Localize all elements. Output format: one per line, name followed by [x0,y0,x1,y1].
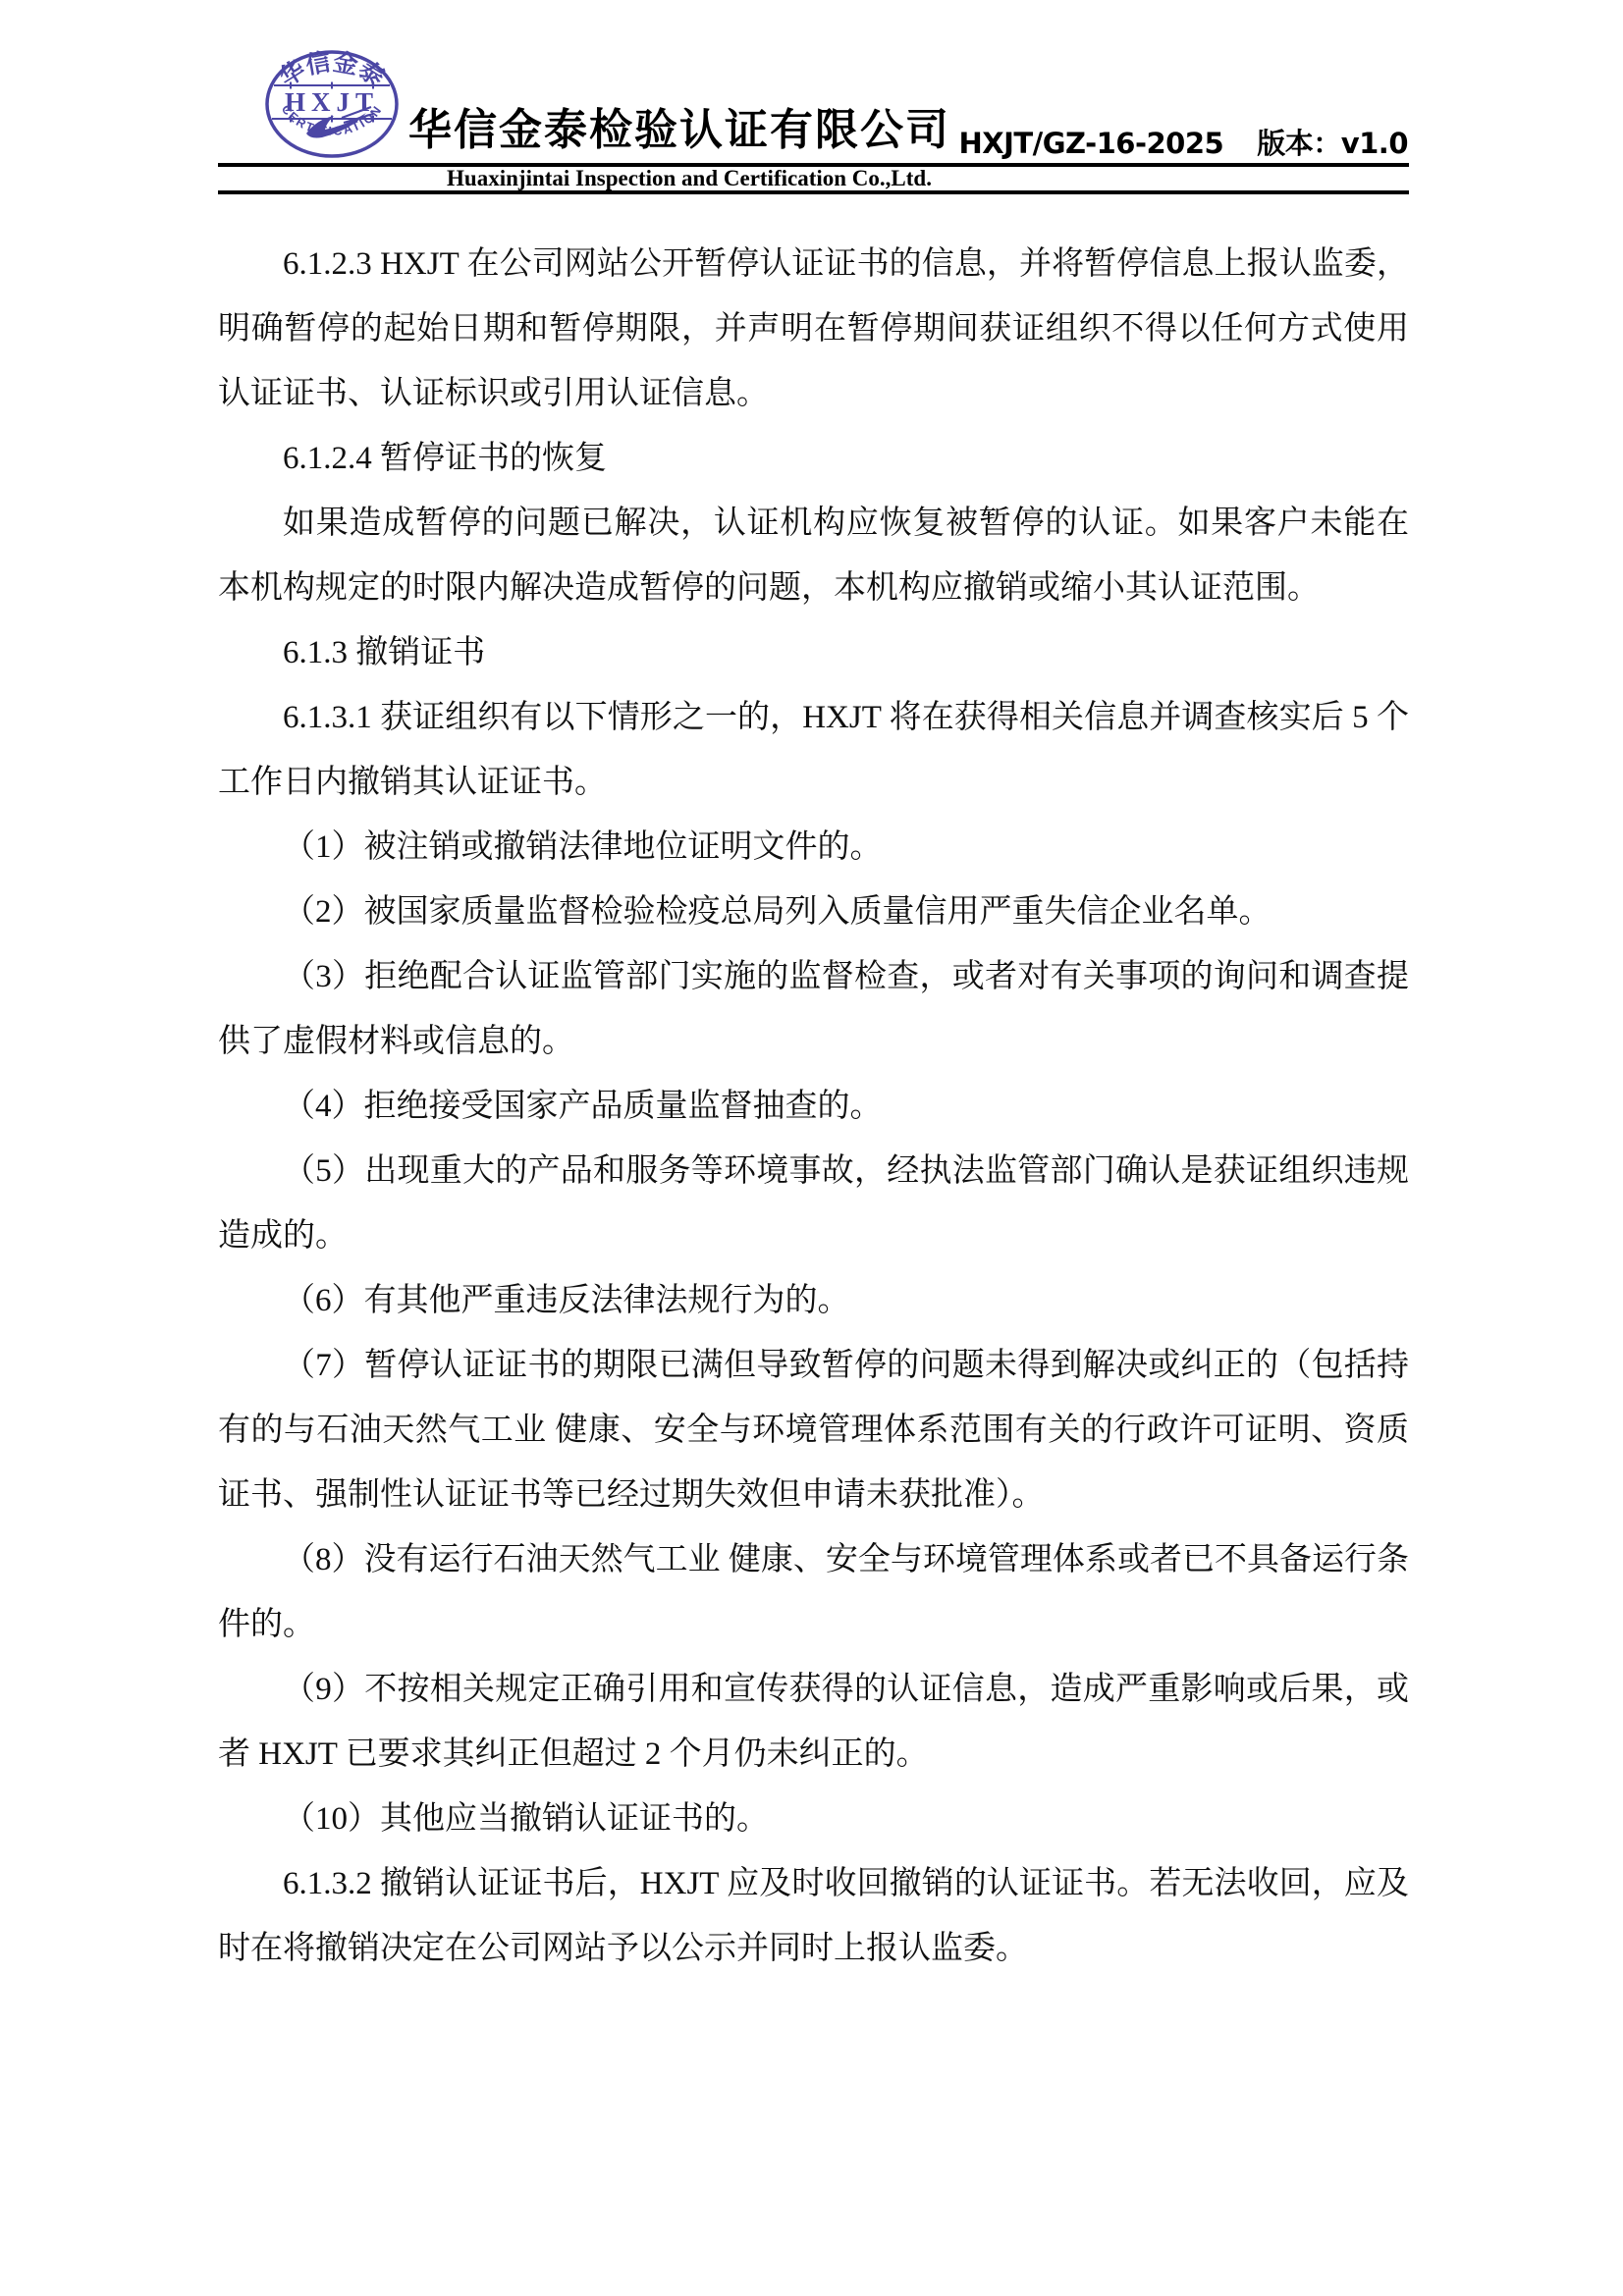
company-name-cn: 华信金泰检验认证有限公司 [408,94,950,157]
list-item-6: （6）有其他严重违反法律法规行为的。 [218,1268,1409,1333]
hxjt-certification-logo-icon: 华信金泰 HXJT CERTIFICATION [261,47,403,161]
list-item-1: （1）被注销或撤销法律地位证明文件的。 [218,815,1409,880]
list-item-5: （5）出现重大的产品和服务等环境事故，经执法监管部门确认是获证组织违规造成的。 [218,1139,1409,1268]
company-name-en: Huaxinjintai Inspection and Certificatio… [447,166,932,191]
list-item-3: （3）拒绝配合认证监管部门实施的监督检查，或者对有关事项的询问和调查提供了虚假材… [218,944,1409,1074]
list-item-7: （7）暂停认证证书的期限已满但导致暂停的问题未得到解决或纠正的（包括持有的与石油… [218,1333,1409,1527]
header-rule-bottom [218,190,1409,194]
list-item-2: （2）被国家质量监督检验检疫总局列入质量信用严重失信企业名单。 [218,880,1409,944]
paragraph-6-1-3-1: 6.1.3.1 获证组织有以下情形之一的，HXJT 将在获得相关信息并调查核实后… [218,685,1409,815]
logo-monogram: HXJT [285,87,379,117]
list-item-9: （9）不按相关规定正确引用和宣传获得的认证信息，造成严重影响或后果，或者 HXJ… [218,1657,1409,1787]
list-item-10: （10）其他应当撤销认证证书的。 [218,1787,1409,1851]
paragraph-6-1-2-3: 6.1.2.3 HXJT 在公司网站公开暂停认证证书的信息，并将暂停信息上报认监… [218,232,1409,426]
heading-6-1-3: 6.1.3 撤销证书 [218,620,1409,685]
list-item-8: （8）没有运行石油天然气工业 健康、安全与环境管理体系或者已不具备运行条件的。 [218,1527,1409,1657]
doc-version: 版本：v1.0 [1257,127,1408,160]
heading-6-1-2-4: 6.1.2.4 暂停证书的恢复 [218,426,1409,491]
paragraph-recovery: 如果造成暂停的问题已解决，认证机构应恢复被暂停的认证。如果客户未能在本机构规定的… [218,491,1409,620]
paragraph-6-1-3-2: 6.1.3.2 撤销认证证书后，HXJT 应及时收回撤销的认证证书。若无法收回，… [218,1851,1409,1981]
document-page: 华信金泰 HXJT CERTIFICATION 华信金泰检验认证有限公司 HXJ… [0,0,1623,2296]
doc-meta: HXJT/GZ-16-2025版本：v1.0 [958,122,1408,162]
document-body: 6.1.2.3 HXJT 在公司网站公开暂停认证证书的信息，并将暂停信息上报认监… [218,232,1409,1981]
list-item-4: （4）拒绝接受国家产品质量监督抽查的。 [218,1074,1409,1139]
doc-code: HXJT/GZ-16-2025 [958,127,1223,160]
